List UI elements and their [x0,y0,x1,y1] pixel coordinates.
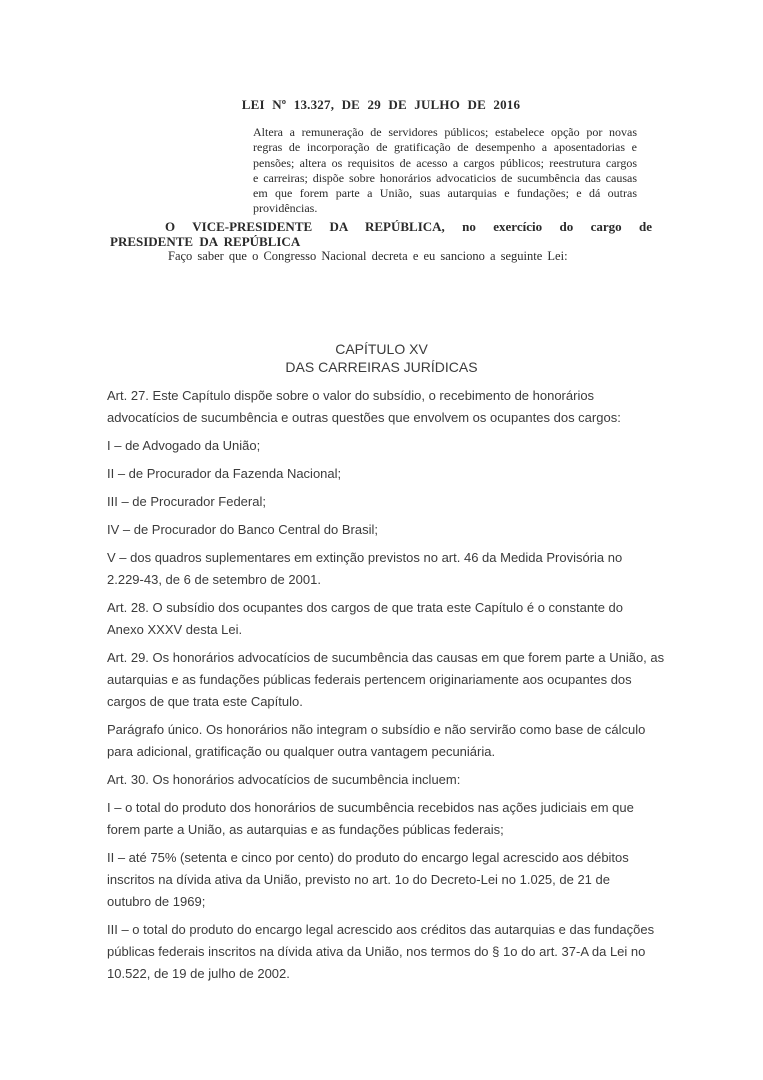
article-27-item-2: II – de Procurador da Fazenda Nacional; [107,463,732,485]
article-29-sole-paragraph: Parágrafo único. Os honorários não integ… [107,719,732,763]
article-30-paragraph: Art. 30. Os honorários advocatícios de s… [107,769,732,791]
article-27-item-5: V – dos quadros suplementares em extinçã… [107,547,732,591]
article-27-item-4: IV – de Procurador do Banco Central do B… [107,519,732,541]
article-27-paragraph: Art. 27. Este Capítulo dispõe sobre o va… [107,385,732,429]
law-preamble: O VICE-PRESIDENTE DA REPÚBLICA, no exerc… [110,220,652,249]
article-27-item-3: III – de Procurador Federal; [107,491,732,513]
enacting-clause: Faço saber que o Congresso Nacional decr… [110,249,652,264]
article-30-item-3: III – o total do produto do encargo lega… [107,919,732,985]
article-27-item-1: I – de Advogado da União; [107,435,732,457]
law-ementa: Altera a remuneração de servidores públi… [253,125,637,217]
article-28-paragraph: Art. 28. O subsídio dos ocupantes dos ca… [107,597,732,641]
chapter-title: DAS CARREIRAS JURÍDICAS [107,358,656,376]
law-title: LEI Nº 13.327, DE 29 DE JULHO DE 2016 [110,97,652,113]
article-29-paragraph: Art. 29. Os honorários advocatícios de s… [107,647,732,713]
law-document-page: LEI Nº 13.327, DE 29 DE JULHO DE 2016 Al… [0,0,763,1080]
law-body: CAPÍTULO XV DAS CARREIRAS JURÍDICAS Art.… [107,340,732,991]
chapter-number: CAPÍTULO XV [107,340,656,358]
article-30-item-1: I – o total do produto dos honorários de… [107,797,732,841]
article-30-item-2: II – até 75% (setenta e cinco por cento)… [107,847,732,913]
